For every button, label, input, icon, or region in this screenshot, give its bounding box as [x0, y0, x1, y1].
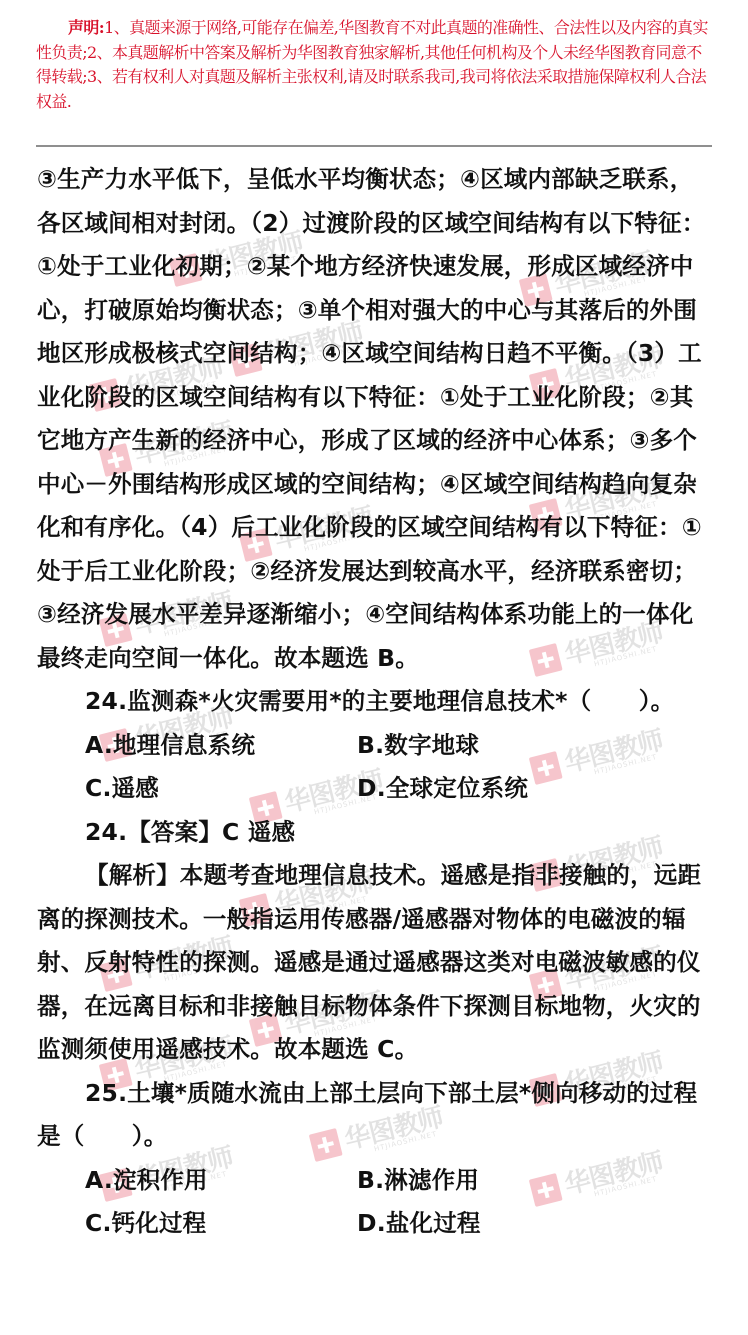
options-row: A.淀积作用 B.淋滤作用 — [37, 1159, 713, 1203]
options-row: C.遥感 D.全球定位系统 — [37, 767, 713, 811]
disclaimer-text: 1、真题来源于网络,可能存在偏差,华图教育不对此真题的准确性、合法性以及内容的真… — [36, 18, 708, 111]
options-row: C.钙化过程 D.盐化过程 — [37, 1202, 713, 1246]
text-line: 它地方产生新的经济中心，形成了区域的经济中心体系；③多个 — [37, 419, 713, 463]
analysis: 【解析】本题考查地理信息技术。遥感是指非接触的，远距 离的探测技术。一般指运用传… — [37, 854, 713, 1072]
text-line: 业化阶段的区域空间结构有以下特征：①处于工业化阶段；②其 — [37, 376, 713, 420]
answer-line: 24.【答案】C 遥感 — [37, 811, 713, 855]
text-line: 各区域间相对封闭。（2）过渡阶段的区域空间结构有以下特征： — [37, 202, 713, 246]
text-line: ①处于工业化初期；②某个地方经济快速发展，形成区域经济中 — [37, 245, 713, 289]
text-line: 心，打破原始均衡状态；③单个相对强大的中心与其落后的外围 — [37, 289, 713, 333]
explanation-continued: ③生产力水平低下，呈低水平均衡状态；④区域内部缺乏联系， 各区域间相对封闭。（2… — [37, 158, 713, 680]
option-b: B.淋滤作用 — [357, 1159, 479, 1203]
question-stem: 是（ ）。 — [37, 1115, 713, 1159]
text-line: ③经济发展水平差异逐渐缩小；④空间结构体系功能上的一体化 — [37, 593, 713, 637]
question-stem: 25.土壤*质随水流由上部土层向下部土层*侧向移动的过程 — [37, 1072, 713, 1116]
analysis-line: 监测须使用遥感技术。故本题选 C。 — [37, 1028, 713, 1072]
text-line: 化和有序化。（4）后工业化阶段的区域空间结构有以下特征：① — [37, 506, 713, 550]
document-content: ③生产力水平低下，呈低水平均衡状态；④区域内部缺乏联系， 各区域间相对封闭。（2… — [37, 158, 713, 1246]
text-line: 地区形成极核式空间结构；④区域空间结构日趋不平衡。（3）工 — [37, 332, 713, 376]
option-d: D.全球定位系统 — [357, 767, 528, 811]
options-row: A.地理信息系统 B.数字地球 — [37, 724, 713, 768]
question-24: 24.监测森*火灾需要用*的主要地理信息技术*（ ）。 A.地理信息系统 B.数… — [37, 680, 713, 1072]
option-c: C.遥感 — [85, 767, 159, 811]
analysis-line: 离的探测技术。一般指运用传感器/遥感器对物体的电磁波的辐 — [37, 898, 713, 942]
disclaimer: 声明:1、真题来源于网络,可能存在偏差,华图教育不对此真题的准确性、合法性以及内… — [36, 16, 712, 114]
option-b: B.数字地球 — [357, 724, 479, 768]
option-a: A.地理信息系统 — [85, 724, 255, 768]
header-divider — [36, 145, 712, 147]
analysis-line: 射、反射特性的探测。遥感是通过遥感器这类对电磁波敏感的仪 — [37, 941, 713, 985]
disclaimer-label: 声明: — [68, 18, 104, 37]
analysis-line: 器，在远离目标和非接触目标物体条件下探测目标地物，火灾的 — [37, 985, 713, 1029]
option-d: D.盐化过程 — [357, 1202, 481, 1246]
text-line: 最终走向空间一体化。故本题选 B。 — [37, 637, 713, 681]
option-c: C.钙化过程 — [85, 1202, 206, 1246]
option-a: A.淀积作用 — [85, 1159, 208, 1203]
text-line: 处于后工业化阶段；②经济发展达到较高水平，经济联系密切； — [37, 550, 713, 594]
text-line: ③生产力水平低下，呈低水平均衡状态；④区域内部缺乏联系， — [37, 158, 713, 202]
question-25: 25.土壤*质随水流由上部土层向下部土层*侧向移动的过程 是（ ）。 A.淀积作… — [37, 1072, 713, 1246]
question-stem: 24.监测森*火灾需要用*的主要地理信息技术*（ ）。 — [37, 680, 713, 724]
text-line: 中心－外围结构形成区域的空间结构；④区域空间结构趋向复杂 — [37, 463, 713, 507]
analysis-line: 【解析】本题考查地理信息技术。遥感是指非接触的，远距 — [37, 854, 713, 898]
